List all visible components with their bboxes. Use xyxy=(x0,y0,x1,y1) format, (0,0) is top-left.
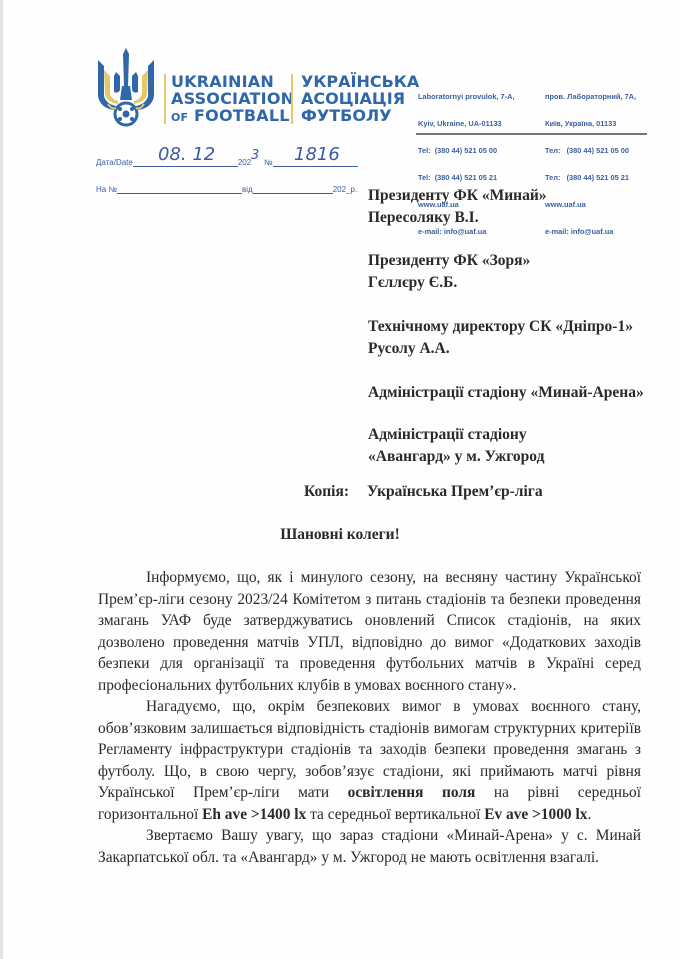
org-name-en-line3: OF FOOTBALL xyxy=(171,107,294,126)
addressee-name: Пересоляку В.І. xyxy=(368,207,547,229)
email: e-mail: info@uaf.ua xyxy=(545,227,636,236)
number-value-handwritten: 1816 xyxy=(294,144,340,165)
brand-divider xyxy=(291,74,293,124)
phone: Тел: (380 44) 521 05 00 xyxy=(545,146,636,155)
org-name-ua-line2: АСОЦІАЦІЯ xyxy=(301,90,419,107)
org-name-ua: УКРАЇНСЬКА АСОЦІАЦІЯ ФУТБОЛУ xyxy=(301,73,419,124)
paragraph-2: Нагадуємо, що, окрім безпекових вимог в … xyxy=(98,696,641,825)
number-label: № xyxy=(264,158,273,167)
addressee-title: Адміністрації стадіону xyxy=(368,424,544,446)
year-suffix-handwritten: 3 xyxy=(251,148,259,163)
text: . xyxy=(587,806,591,823)
emphasis-field-lighting: освітлення поля xyxy=(348,784,476,801)
date-value-handwritten: 08. 12 xyxy=(158,144,215,165)
address-line: Laboratornyi provulok, 7-A, xyxy=(418,92,515,101)
addressee-title: Адміністрації стадіону «Минай-Арена» xyxy=(368,382,644,404)
reference-field: На №від202_р. xyxy=(96,183,357,194)
org-name-en: UKRAINIAN ASSOCIATION OF FOOTBALL xyxy=(171,73,294,126)
copy-label: Копія: xyxy=(304,483,367,501)
letter-body: Інформуємо, що, як і минулого сезону, на… xyxy=(98,567,641,868)
paragraph-1: Інформуємо, що, як і минулого сезону, на… xyxy=(98,567,641,696)
header-rule xyxy=(416,133,647,135)
address-line: пров. Лабораторний, 7А, xyxy=(545,92,636,101)
paragraph-3: Звертаємо Вашу увагу, що зараз стадіони … xyxy=(98,825,641,868)
org-name-en-line2: ASSOCIATION xyxy=(171,90,294,107)
website: www.uaf.ua xyxy=(545,200,636,209)
addressee-title: Технічному директору СК «Дніпро-1» xyxy=(368,316,633,338)
phone: Tel: (380 44) 521 05 21 xyxy=(418,173,515,182)
phone: Tel: (380 44) 521 05 00 xyxy=(418,146,515,155)
org-name-ua-line1: УКРАЇНСЬКА xyxy=(301,73,419,90)
copy-value: Українська Прем’єр-ліга xyxy=(367,483,543,500)
addressee-title: Президенту ФК «Минай» xyxy=(368,185,547,207)
addressee-4: Адміністрації стадіону «Минай-Арена» xyxy=(368,382,644,404)
emphasis-ev-ave: Ev ave >1000 lx xyxy=(484,806,587,823)
addressee-1: Президенту ФК «Минай» Пересоляку В.І. xyxy=(368,185,547,229)
contacts-ua: пров. Лабораторний, 7А, Київ, Україна, 0… xyxy=(545,74,636,254)
addressee-2: Президенту ФК «Зоря» Гєллєру Є.Б. xyxy=(368,250,530,294)
greeting: Шановні колеги! xyxy=(0,526,680,544)
address-line: Kyiv, Ukraine, UA-01133 xyxy=(418,119,515,128)
addressee-name: Гєллєру Є.Б. xyxy=(368,272,530,294)
phone: Тел: (380 44) 521 05 21 xyxy=(545,173,636,182)
copy-to: Копія:Українська Прем’єр-ліга xyxy=(304,483,543,501)
addressee-5: Адміністрації стадіону «Авангард» у м. У… xyxy=(368,424,544,468)
text: та середньої вертикальної xyxy=(306,806,484,823)
date-label: Дата/Date xyxy=(96,158,133,167)
org-name-en-line1: UKRAINIAN xyxy=(171,73,294,90)
brand-divider xyxy=(164,74,166,124)
scan-edge xyxy=(0,0,3,959)
letter-page: UKRAINIAN ASSOCIATION OF FOOTBALL УКРАЇН… xyxy=(0,0,680,959)
ref-from-label: від xyxy=(242,185,253,194)
ref-label: На № xyxy=(96,185,117,194)
ref-year-label: 202_р. xyxy=(333,185,357,194)
address-line: Київ, Україна, 01133 xyxy=(545,119,636,128)
addressee-name: «Авангард» у м. Ужгород xyxy=(368,446,544,468)
year-prefix: 202 xyxy=(238,158,251,167)
org-name-ua-line3: ФУТБОЛУ xyxy=(301,107,419,124)
uaf-trident-logo-icon xyxy=(92,46,160,128)
addressee-3: Технічному директору СК «Дніпро-1» Русол… xyxy=(368,316,633,360)
emphasis-eh-ave: Eh ave >1400 lx xyxy=(202,806,306,823)
addressee-name: Русолу А.А. xyxy=(368,338,633,360)
addressee-title: Президенту ФК «Зоря» xyxy=(368,250,530,272)
